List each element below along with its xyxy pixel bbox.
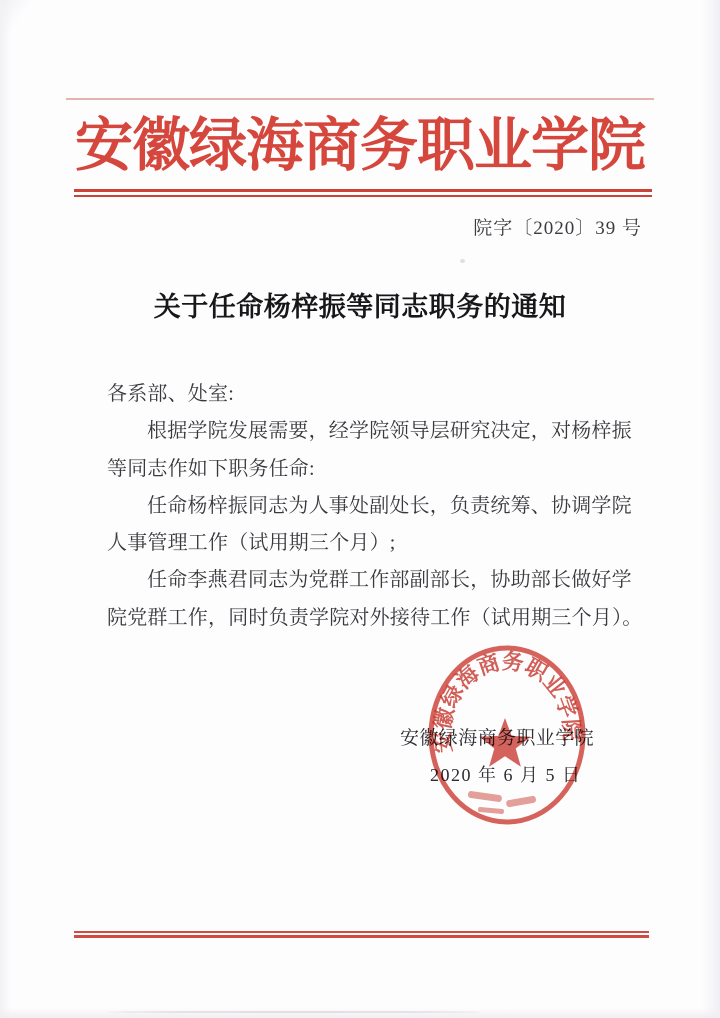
org-name: 安徽绿海商务职业学院 [0, 106, 720, 186]
body-line: 任命杨梓振同志为人事处副处长，负责统筹、协调学院 [107, 488, 622, 525]
header-rule-top [66, 98, 654, 100]
body-line: 各系部、处室: [107, 376, 622, 413]
seal-smudge [468, 791, 537, 814]
page-bottom-edge [108, 1011, 480, 1013]
notice-title: 关于任命杨梓振等同志职务的通知 [0, 285, 720, 324]
body-line: 院党群工作，同时负责学院对外接待工作（试用期三个月）。 [107, 600, 622, 637]
footer-rule [74, 931, 649, 938]
document-page: 安徽绿海商务职业学院 院字〔2020〕39 号 关于任命杨梓振等同志职务的通知 … [0, 0, 720, 1018]
body-line: 根据学院发展需要，经学院领导层研究决定，对杨梓振 [107, 413, 622, 450]
scan-speck [460, 259, 465, 263]
body-line: 等同志作如下职务任命: [107, 451, 622, 488]
signature-org: 安徽绿海商务职业学院 [400, 723, 594, 750]
scan-shadow-bottom [0, 1008, 720, 1018]
body-line: 人事管理工作（试用期三个月）; [107, 525, 622, 562]
doc-number: 院字〔2020〕39 号 [473, 213, 642, 240]
body-line: 任命李燕君同志为党群工作部副部长，协助部长做好学 [107, 562, 622, 599]
body-lines: 各系部、处室:根据学院发展需要，经学院领导层研究决定，对杨梓振等同志作如下职务任… [107, 376, 622, 637]
signature-date: 2020 年 6 月 5 日 [430, 761, 582, 787]
header-rule-double [74, 189, 652, 197]
